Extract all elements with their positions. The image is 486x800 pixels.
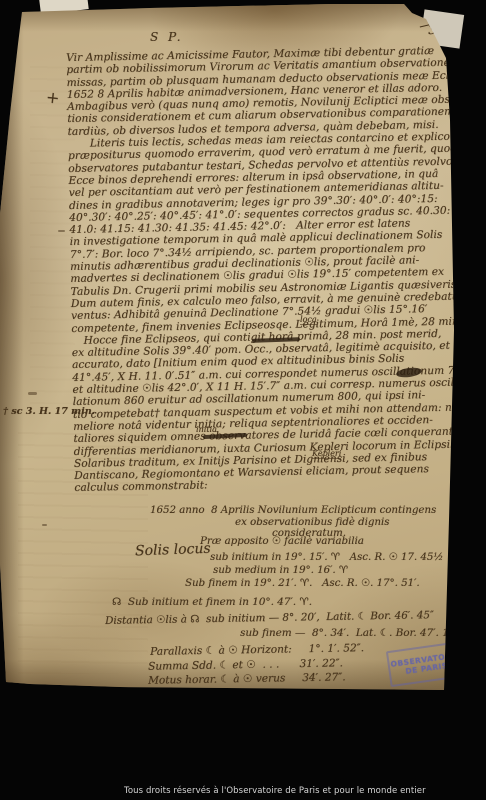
ink-speck — [58, 230, 65, 232]
margin-plus-mark: + — [45, 87, 60, 107]
node-line: sub finem — 8°. 34′. Lat. ☾. Bor. 47′. 1… — [240, 627, 463, 639]
salutation: S P. — [150, 30, 184, 44]
solis-line: Præ apposito ☉ facilè variabilia — [200, 536, 364, 547]
table-line: Motus horar. ☾ à ☉ verus 34′. 27″. — [148, 671, 346, 686]
scan-viewer: { "colors":{"background":"#050505","pape… — [0, 0, 486, 800]
heading-line: 1652 anno 8 Aprilis Novilunium Eclipticu… — [150, 505, 436, 517]
eclipse-heading: 1652 anno 8 Aprilis Novilunium Eclipticu… — [150, 505, 436, 540]
ink-speck — [28, 392, 37, 395]
heading-line: ex observationibus fidè dignis — [235, 517, 436, 529]
interlinear-insert: loca — [300, 315, 317, 325]
solis-line: sub initium in 19°. 15′. ♈ Asc. R. ☉ 17.… — [210, 552, 443, 563]
table-line: Summa Sdd. ☾ et ☉ . . . 31′. 22″. — [148, 657, 343, 672]
table-line: Parallaxis ☾ à ☉ Horizont: 1°. 1′. 52″. — [150, 642, 364, 658]
observatory-stamp: OBSERVATOIRE DE PARIS — [386, 641, 466, 687]
interlinear-insert: Kepleri — [312, 449, 341, 459]
solis-line: Sub finem in 19°. 21′. ♈. Asc. R. ☉. 17°… — [185, 578, 420, 589]
solis-line: sub medium in 19°. 16′. ♈ — [213, 565, 348, 576]
manuscript-page: S P. 321. + † sc 3. H. 17 min. Vir Ampli… — [0, 4, 474, 694]
ink-speck — [42, 524, 47, 526]
node-line: ☊ Sub initium et finem in 10°. 47′. ♈. — [112, 596, 312, 608]
copyright-caption: Tous droits réservés à l'Observatoire de… — [124, 786, 426, 796]
node-line: Distantia ☉lis à ☊ sub initium — 8°. 20′… — [105, 609, 434, 627]
interlinear-insert: initia — [196, 425, 217, 434]
manuscript-body: Vir Amplissime ac Amicissime Fautor, Max… — [66, 44, 486, 495]
